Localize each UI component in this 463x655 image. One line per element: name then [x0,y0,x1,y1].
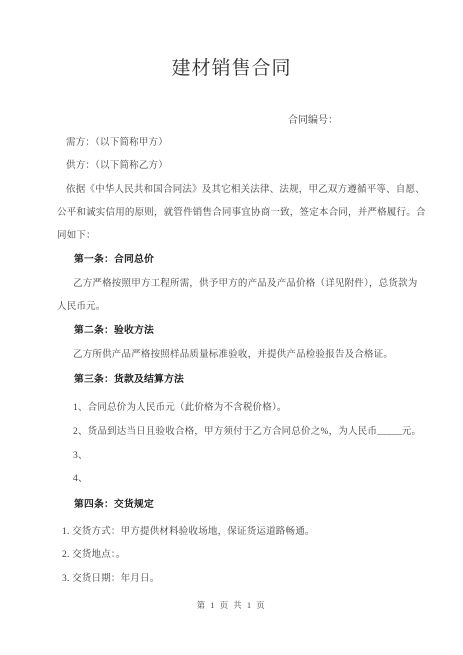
article-1-heading: 第一条：合同总价 [74,254,154,266]
article-3-item-line: 1、合同总价为人民币元（此价格为不含税价格）。 [73,402,287,414]
party-b-line: 供方：（以下简称乙方） [66,160,168,172]
article-4-item-line: 1. 交货方式：甲方提供材料验收场地，保证货运道路畅通。 [62,526,315,538]
preamble-line: 同如下： [57,230,96,242]
article-4-item-line: 2. 交货地点：。 [62,549,126,561]
article-3-heading: 第三条：货款及结算方法 [74,374,184,386]
contract-number-label: 合同编号： [288,111,338,126]
article-1-body-line: 人民币元。 [57,301,106,313]
preamble-line: 公平和诚实信用的原则，就管件销售合同事宜协商一致，签定本合同，并严格履行。合 [57,207,426,219]
article-3-item-line: 2、货品到达当日且验收合格，甲方须付于乙方合同总价之%，为人民币_____元。 [73,426,421,438]
page-number-footer: 第 1 页 共 1 页 [0,599,463,611]
article-1-body-line: 乙方严格按照甲方工程所需，供予甲方的产品及产品价格（详见附件），总货款为 [73,278,417,290]
document-title: 建材销售合同 [0,53,463,80]
article-2-heading: 第二条：验收方法 [74,325,154,337]
article-4-heading: 第四条：交货规定 [74,499,154,511]
party-a-line: 需方：（以下简称甲方） [66,137,168,149]
contract-document-page: 建材销售合同 合同编号： 需方：（以下简称甲方） 供方：（以下简称乙方） 依据《… [0,0,463,655]
article-4-item-line: 3. 交货日期：年月日。 [62,573,159,585]
preamble-line: 依据《中华人民共和国合同法》及其它相关法律、法规，甲乙双方遵循平等、自愿、 [66,184,425,196]
article-3-item-line: 4、 [73,473,88,485]
article-2-body-line: 乙方所供产品严格按照样品质量标准验收，并提供产品检验报告及合格证。 [73,349,393,361]
article-3-item-line: 3、 [73,450,88,462]
